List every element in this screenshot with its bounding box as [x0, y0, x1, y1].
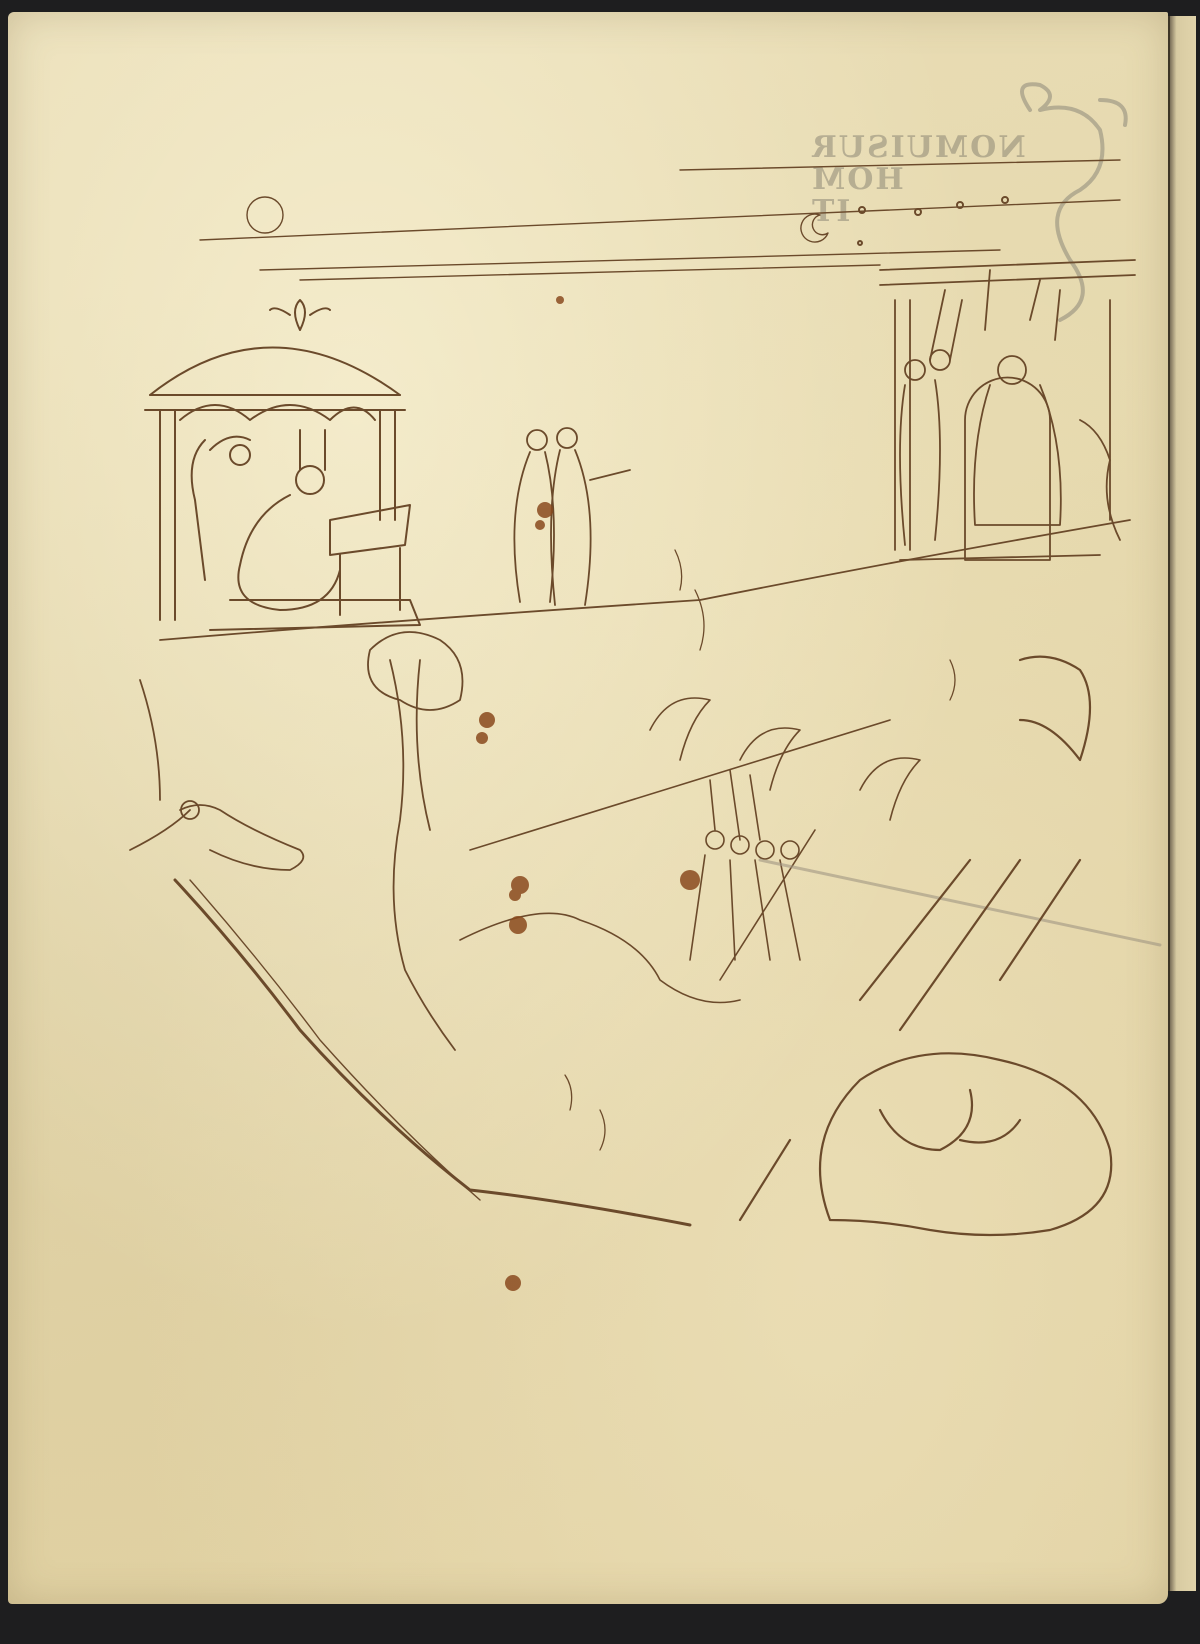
soldiers-group — [460, 698, 1160, 1003]
ink-stains — [476, 296, 700, 1291]
sky — [200, 160, 1120, 280]
plants — [565, 550, 955, 1150]
enthroned-ruler — [880, 260, 1135, 560]
beast-scene — [740, 657, 1111, 1235]
ink-drawing — [0, 0, 1200, 1644]
tree-and-reclining-figure — [130, 632, 463, 1050]
two-figures — [514, 428, 630, 605]
cliff-ridge — [175, 880, 690, 1225]
evangelist-pavilion — [145, 300, 420, 630]
upper-ridge — [160, 520, 1130, 640]
